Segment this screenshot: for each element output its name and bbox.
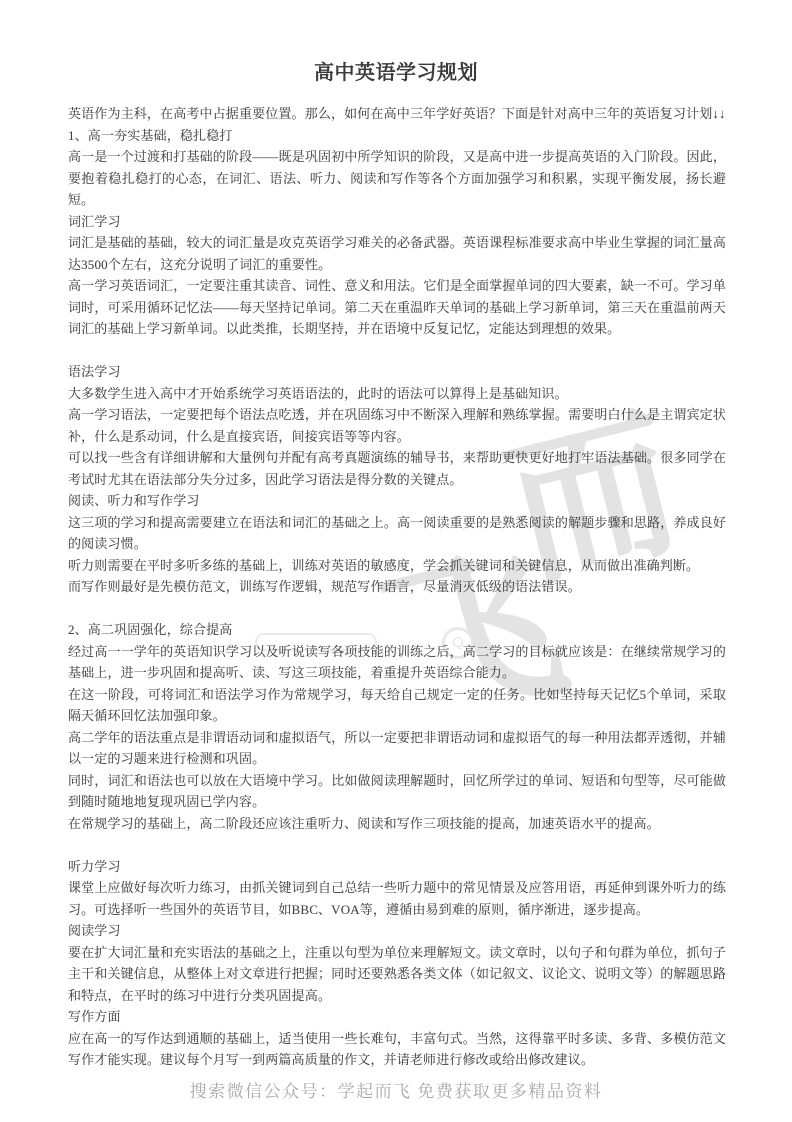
paragraph: 要在扩大词汇量和充实语法的基础之上，注重以句型为单位来理解短文。读文章时，以句子… — [68, 942, 726, 1007]
paragraph: 这三项的学习和提高需要建立在语法和词汇的基础之上。高一阅读重要的是熟悉阅读的解题… — [68, 512, 726, 555]
paragraph: 听力学习 — [68, 856, 726, 878]
paragraph: 经过高一一学年的英语知识学习以及听说读写各项技能的训练之后，高二学习的目标就应该… — [68, 641, 726, 684]
document-body: 英语作为主科，在高考中占据重要位置。那么，如何在高中三年学好英语？下面是针对高中… — [68, 103, 726, 1071]
paragraph: 应在高一的写作达到通顺的基础上，适当使用一些长难句，丰富句式。当然，这得靠平时多… — [68, 1028, 726, 1071]
paragraph: 2、高二巩固强化，综合提高 — [68, 619, 726, 641]
paragraph: 大多数学生进入高中才开始系统学习英语语法的，此时的语法可以算得上是基础知识。 — [68, 383, 726, 405]
paragraph: 阅读学习 — [68, 920, 726, 942]
paragraph: 可以找一些含有详细讲解和大量例句并配有高考真题演练的辅导书，来帮助更快更好地打牢… — [68, 447, 726, 490]
document-page: 而 飞 Q 高中英语学习规划 英语作为主科，在高考中占据重要位置。那么，如何在高… — [0, 0, 792, 1122]
paragraph: 写作方面 — [68, 1006, 726, 1028]
paragraph: 阅读、听力和写作学习 — [68, 490, 726, 512]
paragraph: 而写作则最好是先模仿范文，训练写作逻辑，规范写作语言，尽量消灭低级的语法错误。 — [68, 576, 726, 598]
page-title: 高中英语学习规划 — [0, 56, 792, 85]
paragraph: 高一学习英语词汇，一定要注重其读音、词性、意义和用法。它们是全面掌握单词的四大要… — [68, 275, 726, 340]
paragraph: 高二学年的语法重点是非谓语动词和虚拟语气，所以一定要把非谓语动词和虚拟语气的每一… — [68, 727, 726, 770]
paragraph: 在常规学习的基础上，高二阶段还应该注重听力、阅读和写作三项技能的提高，加速英语水… — [68, 813, 726, 835]
paragraph: 1、高一夯实基础，稳扎稳打 — [68, 125, 726, 147]
paragraph: 英语作为主科，在高考中占据重要位置。那么，如何在高中三年学好英语？下面是针对高中… — [68, 103, 726, 125]
paragraph: 语法学习 — [68, 361, 726, 383]
paragraph: 课堂上应做好每次听力练习，由抓关键词到自己总结一些听力题中的常见情景及应答用语，… — [68, 877, 726, 920]
paragraph: 在这一阶段，可将词汇和语法学习作为常规学习，每天给自己规定一定的任务。比如坚持每… — [68, 684, 726, 727]
paragraph: 词汇是基础的基础，较大的词汇量是攻克英语学习难关的必备武器。英语课程标准要求高中… — [68, 232, 726, 275]
paragraph: 词汇学习 — [68, 211, 726, 233]
footer-note: 搜索微信公众号：学起而飞 免费获取更多精品资料 — [0, 1077, 792, 1102]
paragraph: 听力则需要在平时多听多练的基础上，训练对英语的敏感度，学会抓关键词和关键信息，从… — [68, 555, 726, 577]
paragraph: 同时，词汇和语法也可以放在大语境中学习。比如做阅读理解题时，回忆所学过的单词、短… — [68, 770, 726, 813]
paragraph: 高一学习语法，一定要把每个语法点吃透，并在巩固练习中不断深入理解和熟练掌握。需要… — [68, 404, 726, 447]
paragraph: 高一是一个过渡和打基础的阶段——既是巩固初中所学知识的阶段，又是高中进一步提高英… — [68, 146, 726, 211]
